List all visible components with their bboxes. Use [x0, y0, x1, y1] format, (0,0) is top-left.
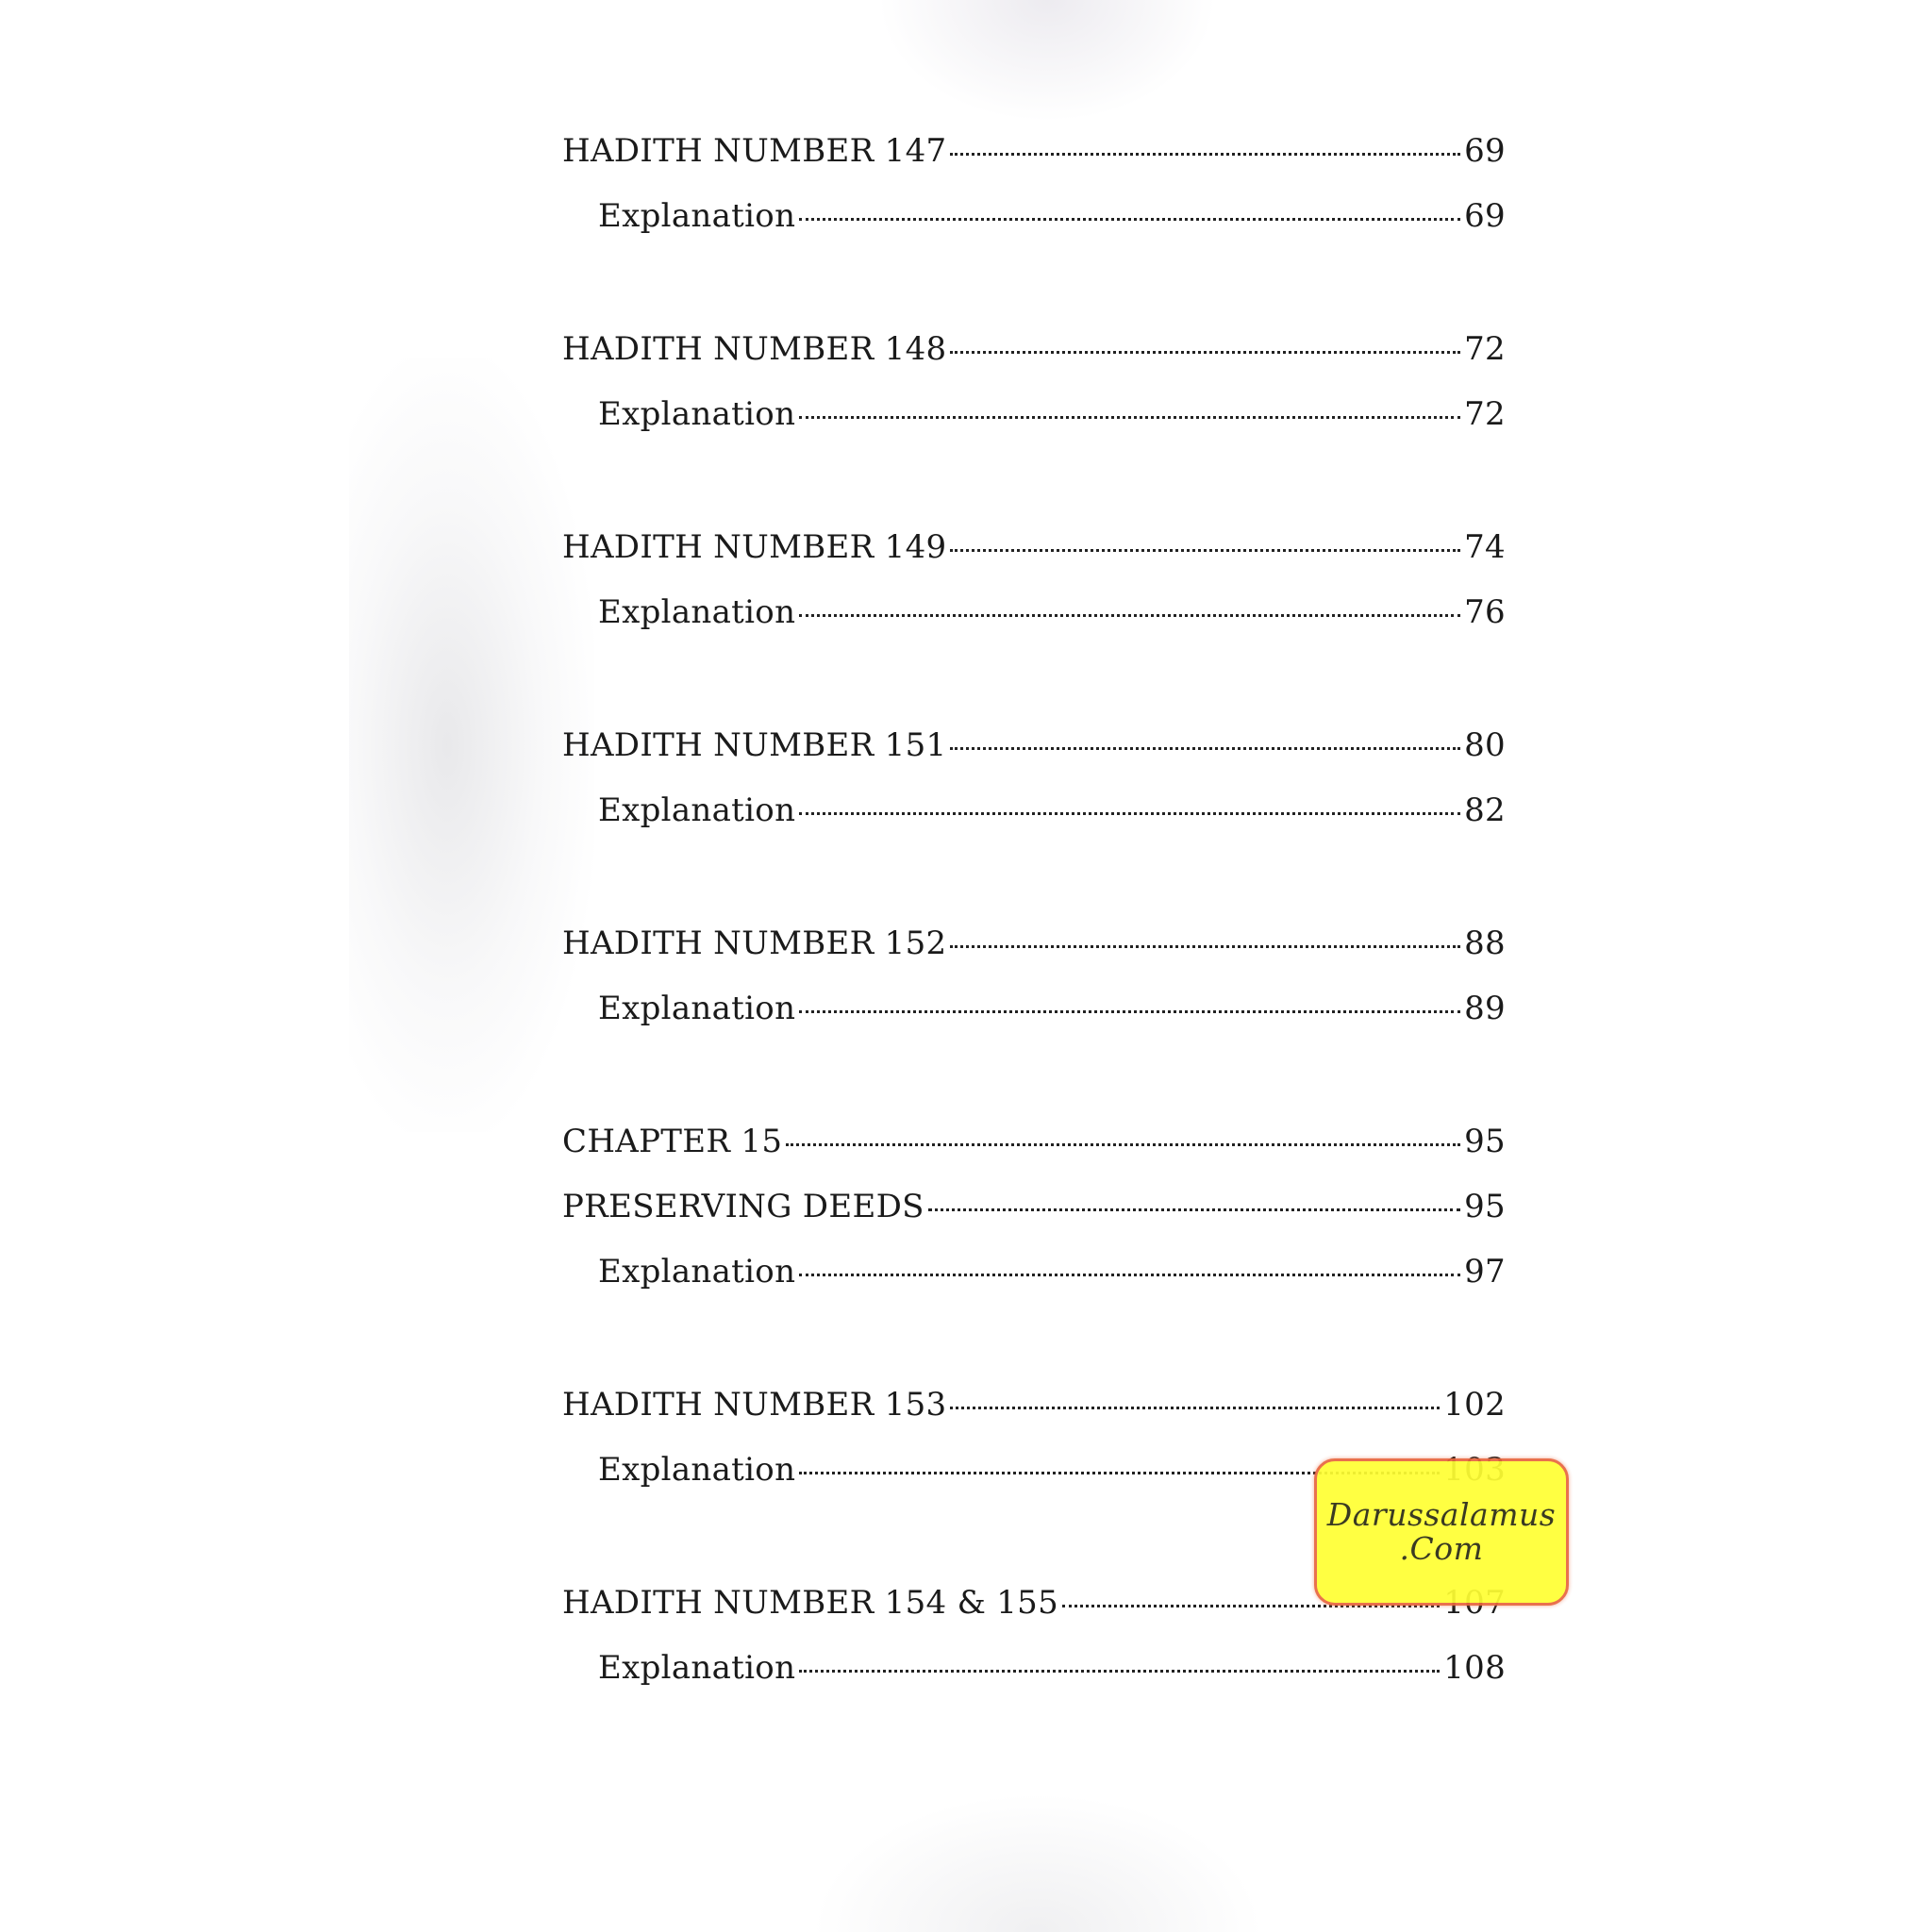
toc-entry: HADITH NUMBER 14872 — [562, 330, 1506, 395]
toc-entry: HADITH NUMBER 153102 — [562, 1386, 1506, 1451]
entry-title: Explanation — [598, 395, 795, 433]
page-number: 72 — [1464, 395, 1506, 433]
scan-shadow-top — [877, 0, 1217, 123]
toc-subentry: Explanation82 — [562, 791, 1506, 857]
dot-leader — [928, 1208, 1460, 1211]
page-number: 69 — [1464, 132, 1506, 170]
watermark-badge: Darussalamus .Com — [1314, 1458, 1569, 1606]
entry-title: HADITH NUMBER 152 — [562, 924, 946, 962]
dot-leader — [786, 1143, 1460, 1146]
scan-shadow-left — [349, 358, 594, 1132]
entry-title: HADITH NUMBER 154 & 155 — [562, 1584, 1058, 1622]
toc-entry: HADITH NUMBER 14769 — [562, 132, 1506, 197]
page-number: 69 — [1464, 197, 1506, 235]
page-number: 95 — [1464, 1188, 1506, 1225]
entry-title: Explanation — [598, 1649, 795, 1687]
toc-group: HADITH NUMBER 15288Explanation89 — [562, 924, 1506, 1055]
dot-leader — [799, 812, 1460, 815]
toc-subentry: Explanation69 — [562, 197, 1506, 262]
entry-title: HADITH NUMBER 151 — [562, 726, 946, 764]
entry-title: Explanation — [598, 791, 795, 829]
toc-subentry: Explanation76 — [562, 593, 1506, 658]
dot-leader — [950, 549, 1460, 552]
page-number: 89 — [1464, 990, 1506, 1027]
entry-title: Explanation — [598, 990, 795, 1027]
entry-title: HADITH NUMBER 153 — [562, 1386, 946, 1424]
entry-title: PRESERVING DEEDS — [562, 1188, 924, 1225]
entry-title: HADITH NUMBER 148 — [562, 330, 946, 368]
toc-group: HADITH NUMBER 14974Explanation76 — [562, 528, 1506, 658]
page-number: 108 — [1443, 1649, 1506, 1687]
page-number: 97 — [1464, 1253, 1506, 1291]
toc-group: HADITH NUMBER 15180Explanation82 — [562, 726, 1506, 857]
dot-leader — [799, 416, 1460, 419]
page-number: 76 — [1464, 593, 1506, 631]
dot-leader — [799, 614, 1460, 617]
toc-subentry: Explanation89 — [562, 990, 1506, 1055]
page-number: 74 — [1464, 528, 1506, 566]
toc-entry: PRESERVING DEEDS95 — [562, 1188, 1506, 1253]
toc-entry: HADITH NUMBER 14974 — [562, 528, 1506, 593]
toc-group: HADITH NUMBER 14769Explanation69 — [562, 132, 1506, 262]
dot-leader — [799, 1670, 1440, 1673]
page-number: 72 — [1464, 330, 1506, 368]
page-number: 80 — [1464, 726, 1506, 764]
toc-entry: HADITH NUMBER 15288 — [562, 924, 1506, 990]
dot-leader — [950, 153, 1460, 156]
page-number: 102 — [1443, 1386, 1506, 1424]
entry-title: HADITH NUMBER 149 — [562, 528, 946, 566]
toc-subentry: Explanation108 — [562, 1649, 1506, 1714]
entry-title: Explanation — [598, 1451, 795, 1489]
entry-title: Explanation — [598, 593, 795, 631]
toc-entry: CHAPTER 1595 — [562, 1123, 1506, 1188]
page-number: 95 — [1464, 1123, 1506, 1160]
dot-leader — [799, 1274, 1460, 1276]
scan-shadow-bottom — [811, 1792, 1264, 1932]
toc-group: CHAPTER 1595PRESERVING DEEDS95Explanatio… — [562, 1123, 1506, 1318]
toc-entry: HADITH NUMBER 15180 — [562, 726, 1506, 791]
toc-group: HADITH NUMBER 14872Explanation72 — [562, 330, 1506, 460]
dot-leader — [950, 747, 1460, 750]
dot-leader — [950, 351, 1460, 354]
dot-leader — [799, 218, 1460, 221]
entry-title: HADITH NUMBER 147 — [562, 132, 946, 170]
entry-title: CHAPTER 15 — [562, 1123, 782, 1160]
dot-leader — [799, 1010, 1460, 1013]
page-number: 82 — [1464, 791, 1506, 829]
page-number: 88 — [1464, 924, 1506, 962]
dot-leader — [950, 945, 1460, 948]
entry-title: Explanation — [598, 197, 795, 235]
entry-title: Explanation — [598, 1253, 795, 1291]
watermark-line-2: .Com — [1400, 1532, 1484, 1566]
toc-subentry: Explanation72 — [562, 395, 1506, 460]
toc-subentry: Explanation97 — [562, 1253, 1506, 1318]
dot-leader — [950, 1407, 1440, 1409]
watermark-line-1: Darussalamus — [1327, 1498, 1556, 1532]
